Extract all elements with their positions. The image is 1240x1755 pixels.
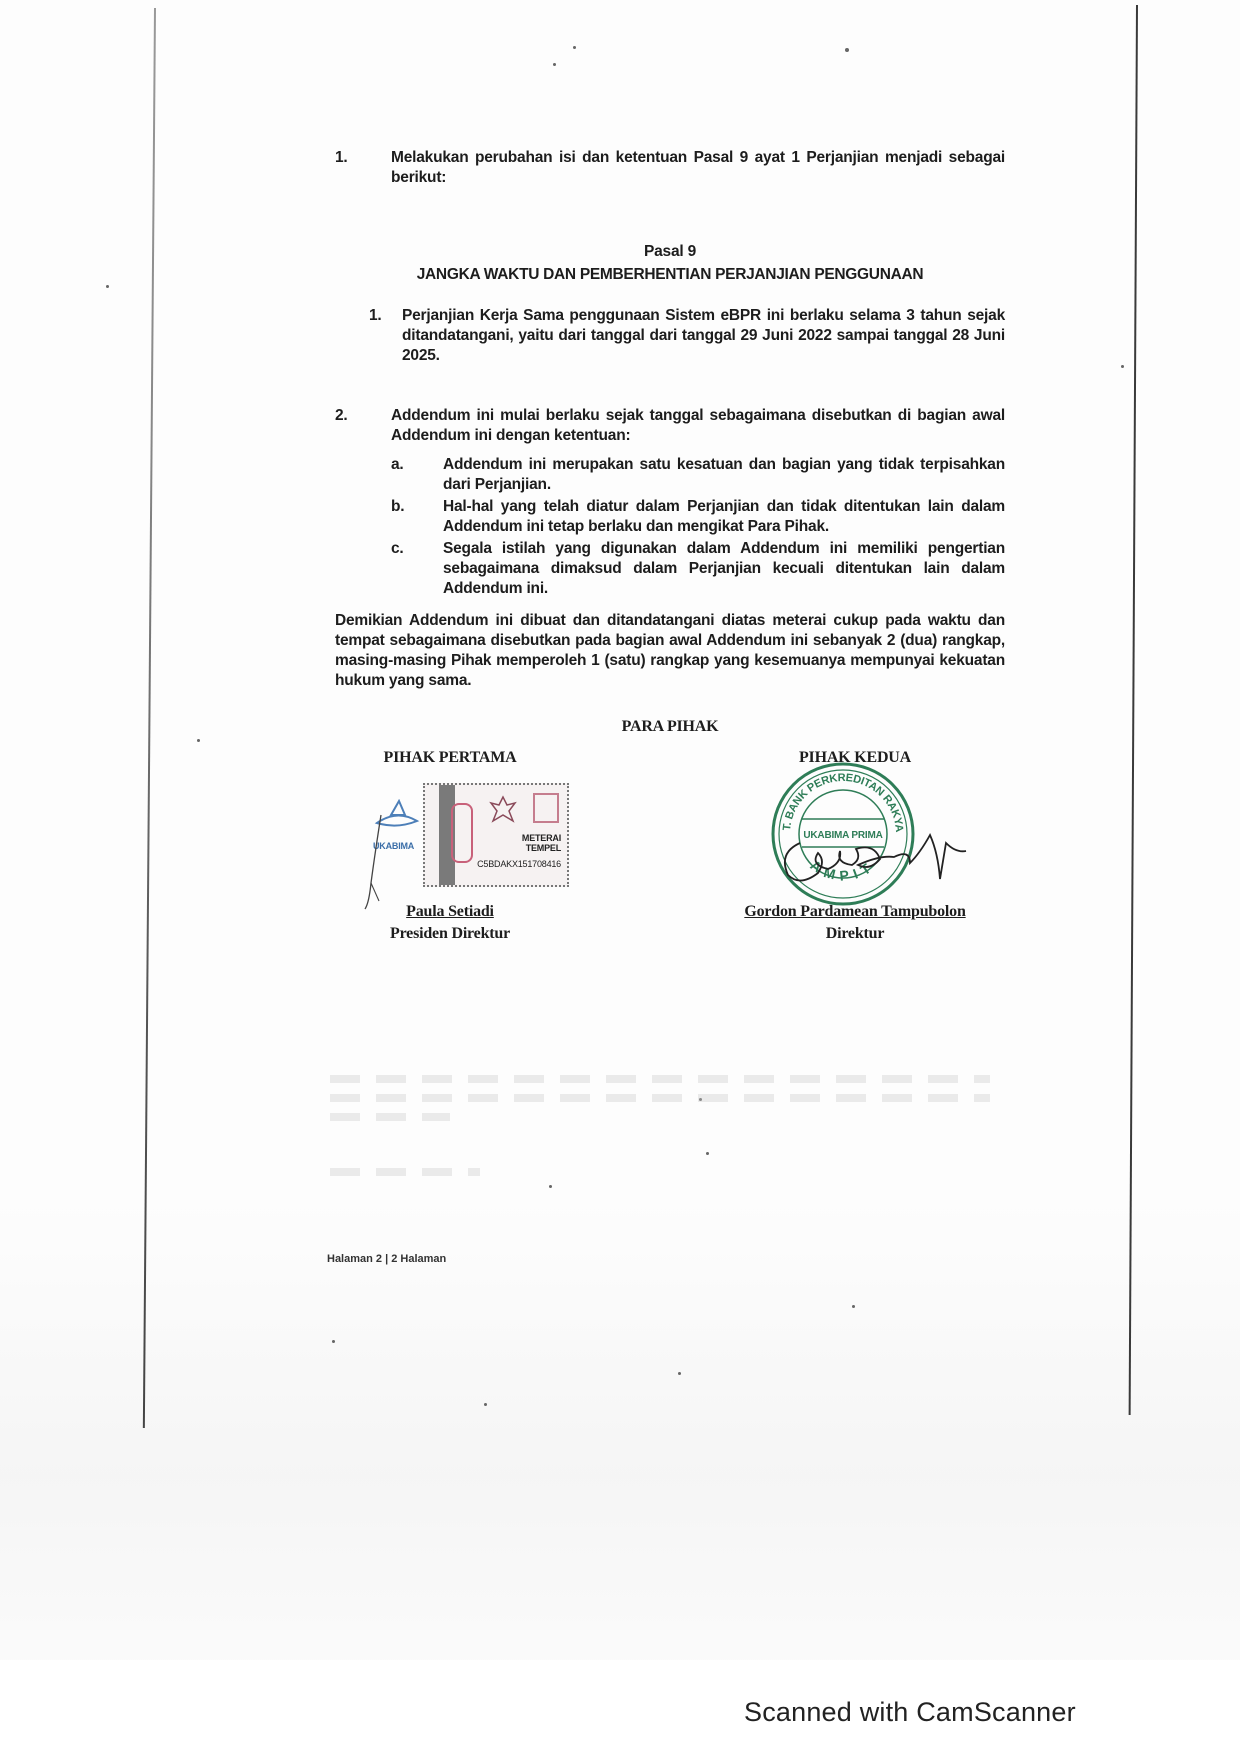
- bleed-through-text: [330, 1075, 990, 1083]
- first-party-signature-area: UKABIMA METERAI TEMPEL C5BDAKX151708416: [375, 773, 525, 901]
- first-party-signature: PIHAK PERTAMA UKABIMA METERAI TEMPEL C: [375, 747, 525, 945]
- handwritten-signature-icon: [361, 813, 391, 913]
- article-title: Pasal 9 JANGKA WAKTU DAN PEMBERHENTIAN P…: [335, 240, 1005, 286]
- signature-block: PIHAK PERTAMA UKABIMA METERAI TEMPEL C: [335, 737, 1005, 957]
- first-party-role: PIHAK PERTAMA: [375, 747, 525, 769]
- article-label: Pasal 9: [335, 240, 1005, 263]
- provision-letter: c.: [391, 539, 404, 559]
- bleed-through-text: [330, 1168, 480, 1176]
- scan-speck: [845, 48, 849, 52]
- scan-speck: [106, 285, 109, 288]
- handwritten-signature-icon: [770, 823, 970, 893]
- article-heading: JANGKA WAKTU DAN PEMBERHENTIAN PERJANJIA…: [335, 263, 1005, 286]
- item-number: 1.: [335, 148, 348, 168]
- signatures-title: PARA PIHAK: [335, 717, 1005, 737]
- first-party-name: Paula Setiadi: [375, 901, 525, 923]
- page-indicator: Halaman 2 | 2 Halaman: [327, 1253, 446, 1265]
- provision-letter: b.: [391, 497, 404, 517]
- stamp-pattern-icon: [533, 793, 559, 823]
- amendment-item-1: 1. Melakukan perubahan isi dan ketentuan…: [335, 148, 1005, 188]
- stamp-label-top: METERAI: [522, 833, 561, 843]
- amendment-item-2: 2. Addendum ini mulai berlaku sejak tang…: [335, 406, 1005, 446]
- second-party-signature: PIHAK KEDUA PT. BANK PERKREDITAN RAKYAT: [710, 747, 1000, 945]
- scan-speck: [549, 1185, 552, 1188]
- second-party-position: Direktur: [710, 923, 1000, 945]
- scan-shadow: [0, 1200, 1240, 1660]
- scan-speck: [1121, 365, 1124, 368]
- addendum-document: 1. Melakukan perubahan isi dan ketentuan…: [335, 148, 1005, 957]
- provision-text: Addendum ini merupakan satu kesatuan dan…: [443, 456, 1005, 493]
- bleed-through-text: [330, 1094, 990, 1102]
- clause-number: 1.: [369, 306, 382, 326]
- article-clause-1: 1. Perjanjian Kerja Sama penggunaan Sist…: [335, 306, 1005, 366]
- second-party-signature-area: PT. BANK PERKREDITAN RAKYAT UKABIMA PRIM…: [710, 773, 1000, 901]
- provision-c: c. Segala istilah yang digunakan dalam A…: [335, 539, 1005, 599]
- scan-speck: [197, 739, 200, 742]
- duty-stamp: METERAI TEMPEL C5BDAKX151708416: [423, 783, 569, 887]
- item-number: 2.: [335, 406, 348, 426]
- bleed-through-text: [330, 1113, 450, 1121]
- provision-letter: a.: [391, 455, 404, 475]
- stamp-value-mark: [451, 803, 473, 863]
- first-party-position: Presiden Direktur: [375, 923, 525, 945]
- provision-text: Segala istilah yang digunakan dalam Adde…: [443, 540, 1005, 597]
- scan-speck: [332, 1340, 335, 1343]
- provisions-list: a. Addendum ini merupakan satu kesatuan …: [335, 455, 1005, 599]
- garuda-emblem-icon: [487, 793, 519, 829]
- scan-speck: [573, 46, 576, 49]
- stamp-serial: C5BDAKX151708416: [477, 859, 561, 869]
- item-text: Melakukan perubahan isi dan ketentuan Pa…: [391, 149, 1005, 186]
- provision-b: b. Hal-hal yang telah diatur dalam Perja…: [335, 497, 1005, 537]
- scan-speck: [484, 1403, 487, 1406]
- scan-speck: [553, 63, 556, 66]
- item-text: Addendum ini mulai berlaku sejak tanggal…: [391, 407, 1005, 444]
- provision-a: a. Addendum ini merupakan satu kesatuan …: [335, 455, 1005, 495]
- scan-speck: [678, 1372, 681, 1375]
- clause-text: Perjanjian Kerja Sama penggunaan Sistem …: [402, 307, 1005, 364]
- scan-speck: [852, 1305, 855, 1308]
- closing-paragraph: Demikian Addendum ini dibuat dan ditanda…: [335, 611, 1005, 691]
- provision-text: Hal-hal yang telah diatur dalam Perjanji…: [443, 498, 1005, 535]
- camscanner-watermark: Scanned with CamScanner: [744, 1697, 1076, 1728]
- scan-speck: [706, 1152, 709, 1155]
- stamp-label-bottom: TEMPEL: [526, 843, 561, 853]
